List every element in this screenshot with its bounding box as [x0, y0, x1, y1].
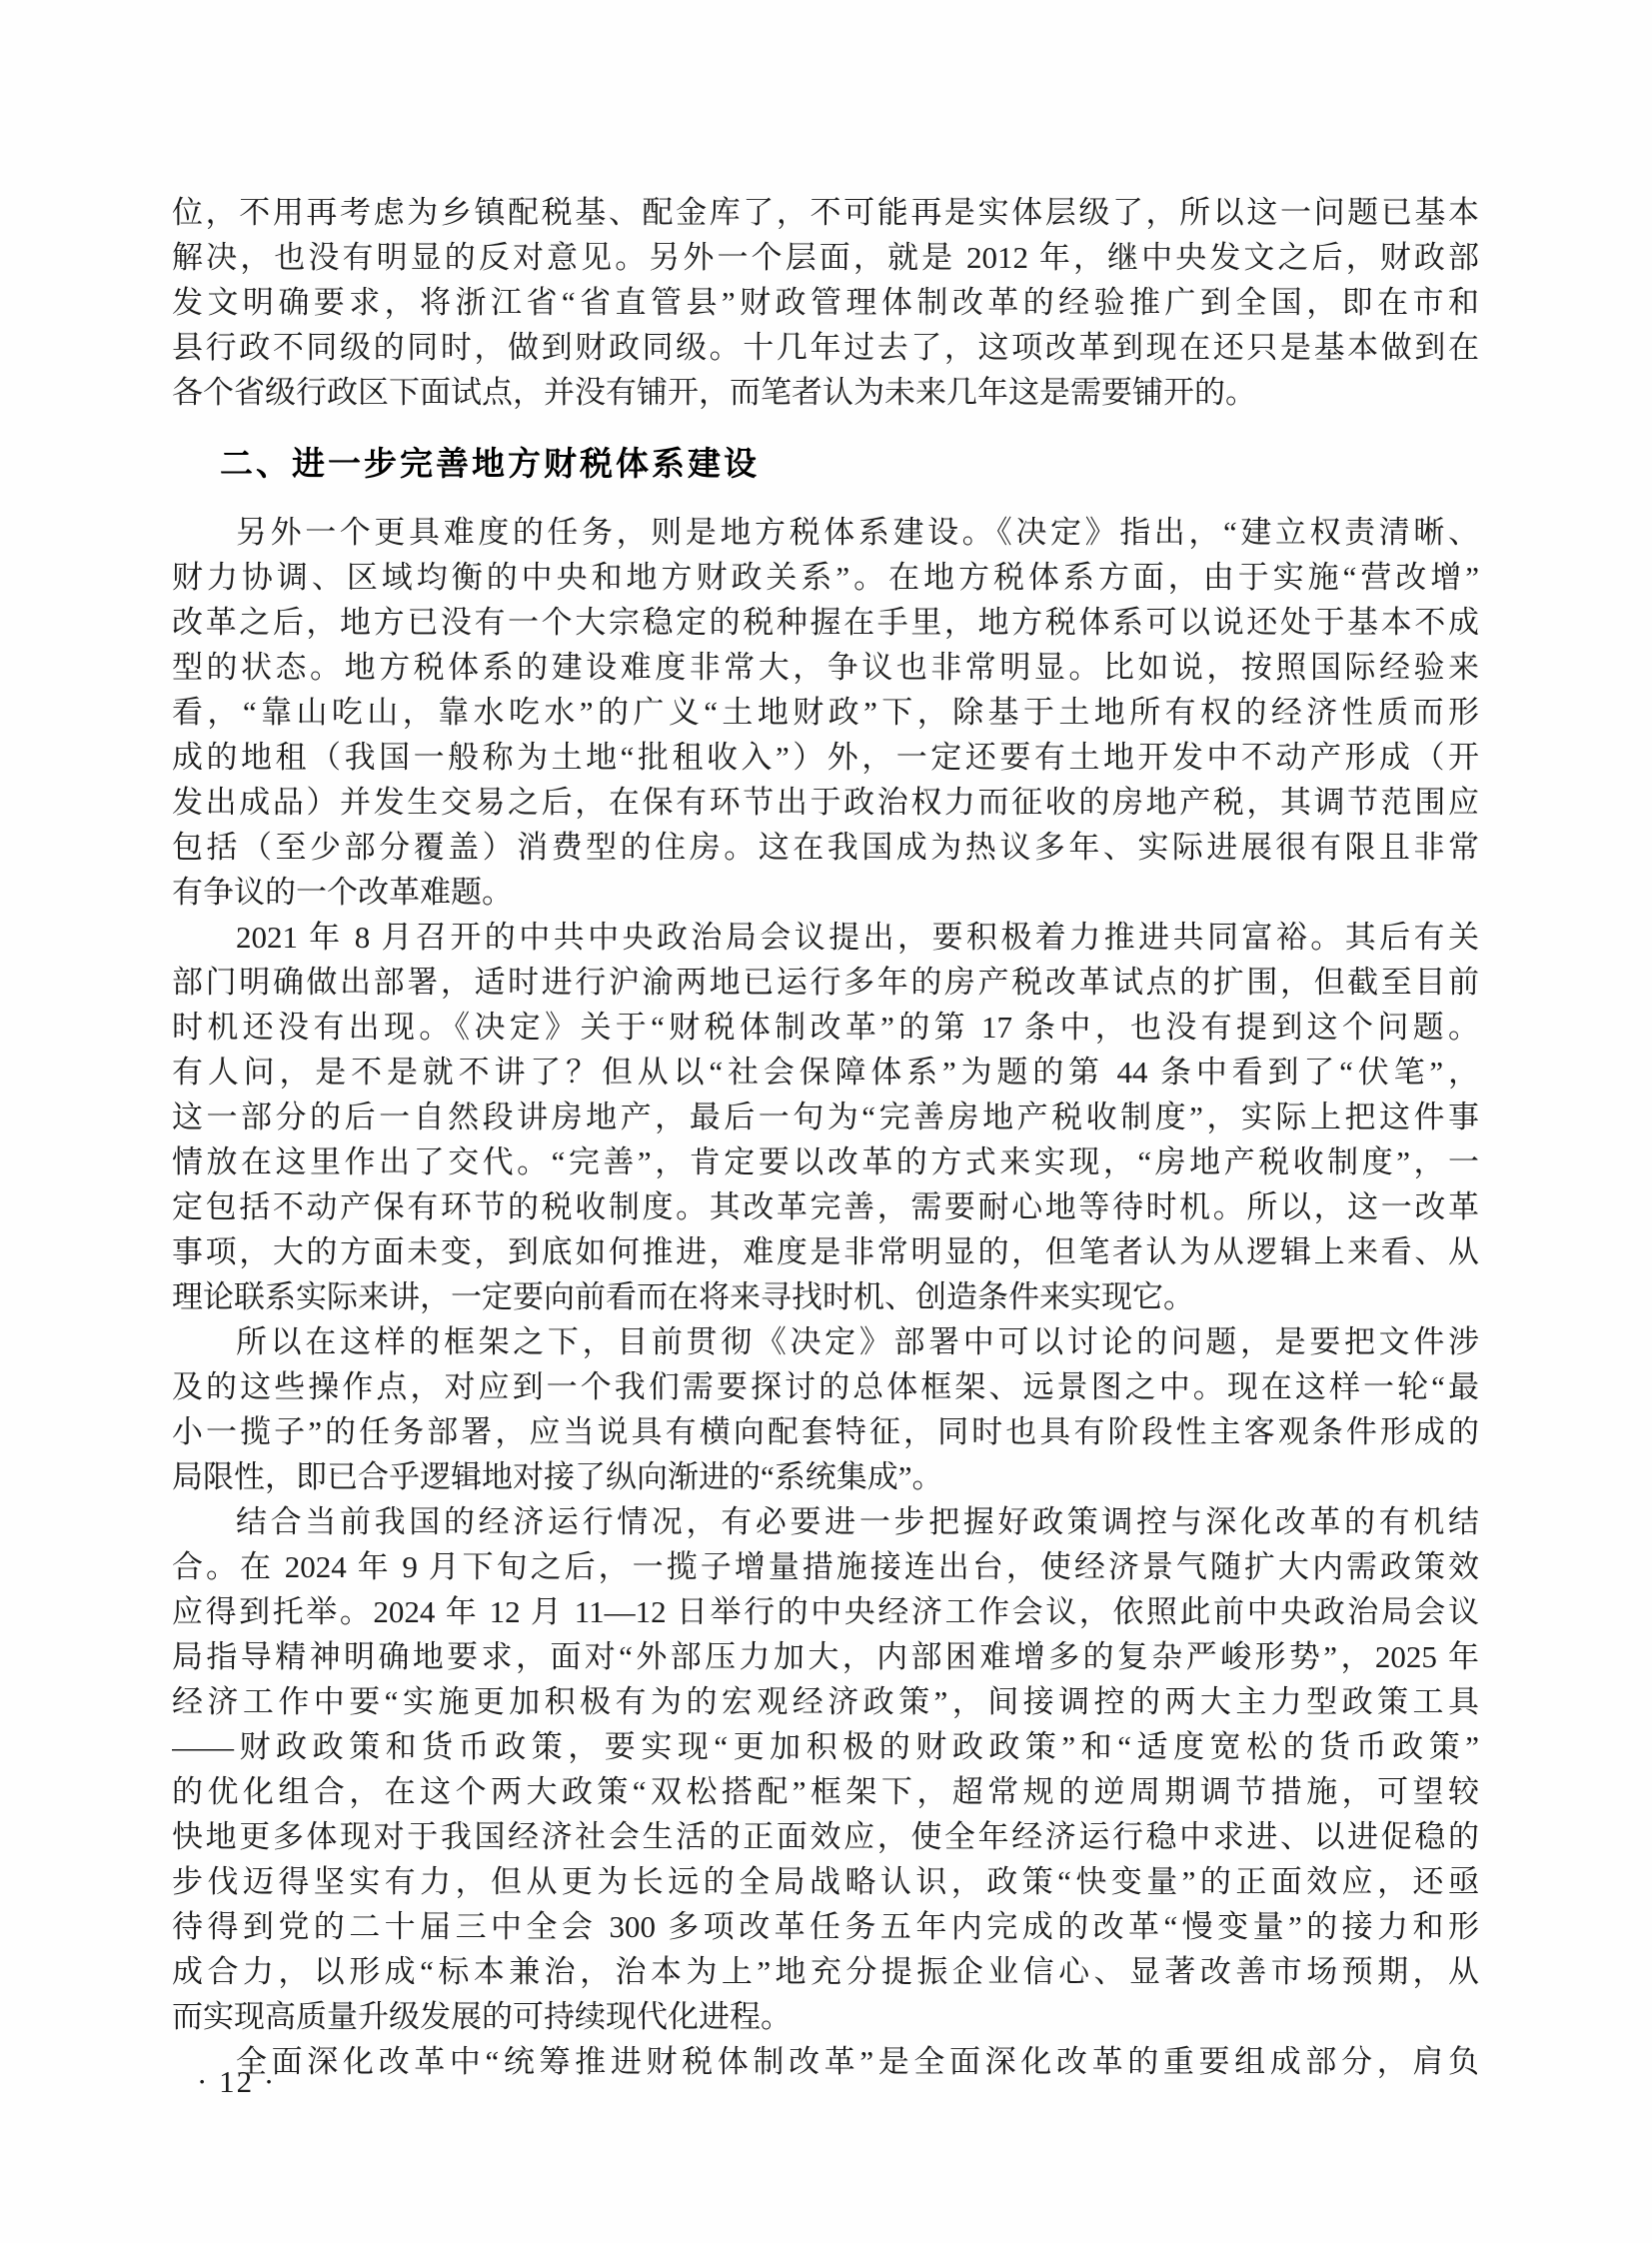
text-block: 位，不用再考虑为乡镇配税基、配金库了，不可能再是实体层级了，所以这一问题已基本解…	[172, 190, 1479, 2084]
text-line: 经济工作中要“实施更加积极有为的宏观经济政策”，间接调控的两大主力型政策工具	[172, 1679, 1479, 1724]
text-line: 位，不用再考虑为乡镇配税基、配金库了，不可能再是实体层级了，所以这一问题已基本	[172, 190, 1479, 235]
paragraph: 结合当前我国的经济运行情况，有必要进一步把握好政策调控与深化改革的有机结合。在 …	[172, 1499, 1479, 2039]
page-number: · 12 ·	[197, 2062, 276, 2102]
text-line: 时机还没有出现。《决定》关于“财税体制改革”的第 17 条中，也没有提到这个问题…	[172, 1005, 1479, 1050]
text-line: 及的这些操作点，对应到一个我们需要探讨的总体框架、远景图之中。现在这样一轮“最	[172, 1364, 1479, 1409]
text-line: 另外一个更具难度的任务，则是地方税体系建设。《决定》指出，“建立权责清晰、	[172, 510, 1479, 555]
text-line: 这一部分的后一自然段讲房地产，最后一句为“完善房地产税收制度”，实际上把这件事	[172, 1095, 1479, 1139]
text-line: 全面深化改革中“统筹推进财税体制改革”是全面深化改革的重要组成部分，肩负	[172, 2039, 1479, 2084]
document-page: 位，不用再考虑为乡镇配税基、配金库了，不可能再是实体层级了，所以这一问题已基本解…	[0, 0, 1652, 2243]
text-line: 小一揽子”的任务部署，应当说具有横向配套特征，同时也具有阶段性主客观条件形成的	[172, 1409, 1479, 1454]
paragraph: 全面深化改革中“统筹推进财税体制改革”是全面深化改革的重要组成部分，肩负	[172, 2039, 1479, 2084]
text-line: 步伐迈得坚实有力，但从更为长远的全局战略认识，政策“快变量”的正面效应，还亟	[172, 1859, 1479, 1904]
text-line: 解决，也没有明显的反对意见。另外一个层面，就是 2012 年，继中央发文之后，财…	[172, 235, 1479, 280]
text-line: 部门明确做出部署，适时进行沪渝两地已运行多年的房产税改革试点的扩围，但截至目前	[172, 960, 1479, 1005]
paragraph: 所以在这样的框架之下，目前贯彻《决定》部署中可以讨论的问题，是要把文件涉及的这些…	[172, 1319, 1479, 1499]
text-line: 包括（至少部分覆盖）消费型的住房。这在我国成为热议多年、实际进展很有限且非常	[172, 825, 1479, 870]
text-line: 理论联系实际来讲，一定要向前看而在将来寻找时机、创造条件来实现它。	[172, 1274, 1479, 1319]
section-heading: 二、进一步完善地方财税体系建设	[172, 441, 1479, 486]
text-line: 2021 年 8 月召开的中共中央政治局会议提出，要积极着力推进共同富裕。其后有…	[172, 915, 1479, 960]
text-line: 发出成品）并发生交易之后，在保有环节出于政治权力而征收的房地产税，其调节范围应	[172, 780, 1479, 825]
text-line: 定包括不动产保有环节的税收制度。其改革完善，需要耐心地等待时机。所以，这一改革	[172, 1184, 1479, 1229]
text-line: 应得到托举。2024 年 12 月 11—12 日举行的中央经济工作会议，依照此…	[172, 1589, 1479, 1634]
text-line: 结合当前我国的经济运行情况，有必要进一步把握好政策调控与深化改革的有机结	[172, 1499, 1479, 1544]
text-line: 所以在这样的框架之下，目前贯彻《决定》部署中可以讨论的问题，是要把文件涉	[172, 1319, 1479, 1364]
text-line: 局限性，即已合乎逻辑地对接了纵向渐进的“系统集成”。	[172, 1454, 1479, 1499]
text-line: 型的状态。地方税体系的建设难度非常大，争议也非常明显。比如说，按照国际经验来	[172, 645, 1479, 690]
text-line: 合。在 2024 年 9 月下旬之后，一揽子增量措施接连出台，使经济景气随扩大内…	[172, 1544, 1479, 1589]
text-line: 改革之后，地方已没有一个大宗稳定的税种握在手里，地方税体系可以说还处于基本不成	[172, 600, 1479, 645]
text-line: 成合力，以形成“标本兼治，治本为上”地充分提振企业信心、显著改善市场预期，从	[172, 1949, 1479, 1994]
text-line: 快地更多体现对于我国经济社会生活的正面效应，使全年经济运行稳中求进、以进促稳的	[172, 1814, 1479, 1859]
body-paragraphs: 另外一个更具难度的任务，则是地方税体系建设。《决定》指出，“建立权责清晰、财力协…	[172, 510, 1479, 2084]
text-line: 发文明确要求，将浙江省“省直管县”财政管理体制改革的经验推广到全国，即在市和	[172, 280, 1479, 325]
text-line: 情放在这里作出了交代。“完善”，肯定要以改革的方式来实现，“房地产税收制度”，一	[172, 1139, 1479, 1184]
page-number-text: · 12 ·	[197, 2064, 276, 2099]
text-line: 财力协调、区域均衡的中央和地方财政关系”。在地方税体系方面，由于实施“营改增”	[172, 555, 1479, 600]
continuation-paragraphs: 位，不用再考虑为乡镇配税基、配金库了，不可能再是实体层级了，所以这一问题已基本解…	[172, 190, 1479, 415]
paragraph: 2021 年 8 月召开的中共中央政治局会议提出，要积极着力推进共同富裕。其后有…	[172, 915, 1479, 1319]
text-line: 县行政不同级的同时，做到财政同级。十几年过去了，这项改革到现在还只是基本做到在	[172, 325, 1479, 370]
text-line: 各个省级行政区下面试点，并没有铺开，而笔者认为未来几年这是需要铺开的。	[172, 370, 1479, 415]
text-line: 看，“靠山吃山，靠水吃水”的广义“土地财政”下，除基于土地所有权的经济性质而形	[172, 690, 1479, 735]
text-line: ——财政政策和货币政策，要实现“更加积极的财政政策”和“适度宽松的货币政策”	[172, 1724, 1479, 1769]
text-line: 成的地租（我国一般称为土地“批租收入”）外，一定还要有土地开发中不动产形成（开	[172, 735, 1479, 780]
text-line: 有人问，是不是就不讲了？但从以“社会保障体系”为题的第 44 条中看到了“伏笔”…	[172, 1050, 1479, 1095]
paragraph: 位，不用再考虑为乡镇配税基、配金库了，不可能再是实体层级了，所以这一问题已基本解…	[172, 190, 1479, 415]
text-line: 待得到党的二十届三中全会 300 多项改革任务五年内完成的改革“慢变量”的接力和…	[172, 1904, 1479, 1949]
text-line: 局指导精神明确地要求，面对“外部压力加大，内部困难增多的复杂严峻形势”，2025…	[172, 1634, 1479, 1679]
text-line: 事项，大的方面未变，到底如何推进，难度是非常明显的，但笔者认为从逻辑上来看、从	[172, 1229, 1479, 1274]
text-line: 有争议的一个改革难题。	[172, 870, 1479, 915]
text-line: 而实现高质量升级发展的可持续现代化进程。	[172, 1994, 1479, 2039]
text-line: 的优化组合，在这个两大政策“双松搭配”框架下，超常规的逆周期调节措施，可望较	[172, 1769, 1479, 1814]
paragraph: 另外一个更具难度的任务，则是地方税体系建设。《决定》指出，“建立权责清晰、财力协…	[172, 510, 1479, 915]
